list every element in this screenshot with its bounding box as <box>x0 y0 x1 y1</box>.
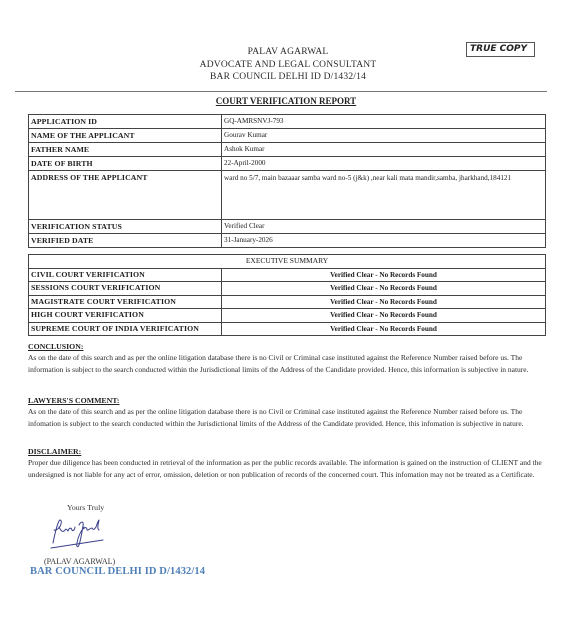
verification-status-value: Verified Clear <box>222 220 546 234</box>
executive-summary-table: EXECUTIVE SUMMARY CIVIL COURT VERIFICATI… <box>28 254 546 336</box>
disclaimer-section: DISCLAIMER: Proper due diligence has bee… <box>28 446 548 482</box>
lawyer-comment-text: As on the date of this search and as per… <box>28 406 548 431</box>
table-row: MAGISTRATE COURT VERIFICATION Verified C… <box>29 295 546 309</box>
table-row: ADDRESS OF THE APPLICANT ward no 5/7, ma… <box>29 171 546 220</box>
header-divider <box>15 91 547 92</box>
detail-label: VERIFICATION STATUS <box>29 220 222 234</box>
address-value: ward no 5/7, main bazaaar samba ward no-… <box>222 171 546 220</box>
table-row: NAME OF THE APPLICANT Gourav Kumar <box>29 129 546 143</box>
applicant-details-table: APPLICATION ID GQ-AMRSNVJ-793 NAME OF TH… <box>28 114 546 248</box>
lawyer-comment-section: LAWYERS'S COMMENT: As on the date of thi… <box>28 395 548 431</box>
father-name-value: Ashok Kumar <box>222 143 546 157</box>
table-row: CIVIL COURT VERIFICATION Verified Clear … <box>29 268 546 282</box>
verified-date-value: 31-January-2026 <box>222 234 546 248</box>
advocate-designation: ADVOCATE AND LEGAL CONSULTANT <box>0 59 572 72</box>
detail-label: DATE OF BIRTH <box>29 157 222 171</box>
application-id-value: GQ-AMRSNVJ-793 <box>222 115 546 129</box>
court-label: HIGH COURT VERIFICATION <box>29 309 222 323</box>
table-row: HIGH COURT VERIFICATION Verified Clear -… <box>29 309 546 323</box>
signer-bar-council-id: BAR COUNCIL DELHI ID D/1432/14 <box>30 566 205 577</box>
court-result: Verified Clear - No Records Found <box>222 268 546 282</box>
closing-text: Yours Truly <box>67 503 104 512</box>
true-copy-stamp: TRUE COPY <box>466 42 535 57</box>
court-label: SESSIONS COURT VERIFICATION <box>29 282 222 296</box>
table-row: VERIFIED DATE 31-January-2026 <box>29 234 546 248</box>
table-row: DATE OF BIRTH 22-April-2000 <box>29 157 546 171</box>
table-row: SUPREME COURT OF INDIA VERIFICATION Veri… <box>29 322 546 336</box>
court-result: Verified Clear - No Records Found <box>222 295 546 309</box>
conclusion-section: CONCLUSION: As on the date of this searc… <box>28 341 548 377</box>
court-result: Verified Clear - No Records Found <box>222 322 546 336</box>
table-row: VERIFICATION STATUS Verified Clear <box>29 220 546 234</box>
detail-label: VERIFIED DATE <box>29 234 222 248</box>
table-row: APPLICATION ID GQ-AMRSNVJ-793 <box>29 115 546 129</box>
executive-summary-heading: EXECUTIVE SUMMARY <box>29 255 546 269</box>
court-result: Verified Clear - No Records Found <box>222 282 546 296</box>
detail-label: APPLICATION ID <box>29 115 222 129</box>
court-result: Verified Clear - No Records Found <box>222 309 546 323</box>
date-of-birth-value: 22-April-2000 <box>222 157 546 171</box>
advocate-bar-id: BAR COUNCIL DELHI ID D/1432/14 <box>0 71 572 84</box>
table-row: SESSIONS COURT VERIFICATION Verified Cle… <box>29 282 546 296</box>
signature-icon <box>45 515 110 555</box>
court-label: SUPREME COURT OF INDIA VERIFICATION <box>29 322 222 336</box>
signer-name: (PALAV AGARWAL) <box>44 557 115 566</box>
disclaimer-text: Proper due diligence has been conducted … <box>28 457 548 482</box>
detail-label: ADDRESS OF THE APPLICANT <box>29 171 222 220</box>
detail-label: FATHER NAME <box>29 143 222 157</box>
court-label: MAGISTRATE COURT VERIFICATION <box>29 295 222 309</box>
disclaimer-heading: DISCLAIMER: <box>28 446 548 457</box>
court-label: CIVIL COURT VERIFICATION <box>29 268 222 282</box>
conclusion-text: As on the date of this search and as per… <box>28 352 548 377</box>
lawyer-comment-heading: LAWYERS'S COMMENT: <box>28 395 548 406</box>
conclusion-heading: CONCLUSION: <box>28 341 548 352</box>
detail-label: NAME OF THE APPLICANT <box>29 129 222 143</box>
report-title: COURT VERIFICATION REPORT <box>0 96 572 106</box>
applicant-name-value: Gourav Kumar <box>222 129 546 143</box>
table-row: FATHER NAME Ashok Kumar <box>29 143 546 157</box>
summary-header-row: EXECUTIVE SUMMARY <box>29 255 546 269</box>
